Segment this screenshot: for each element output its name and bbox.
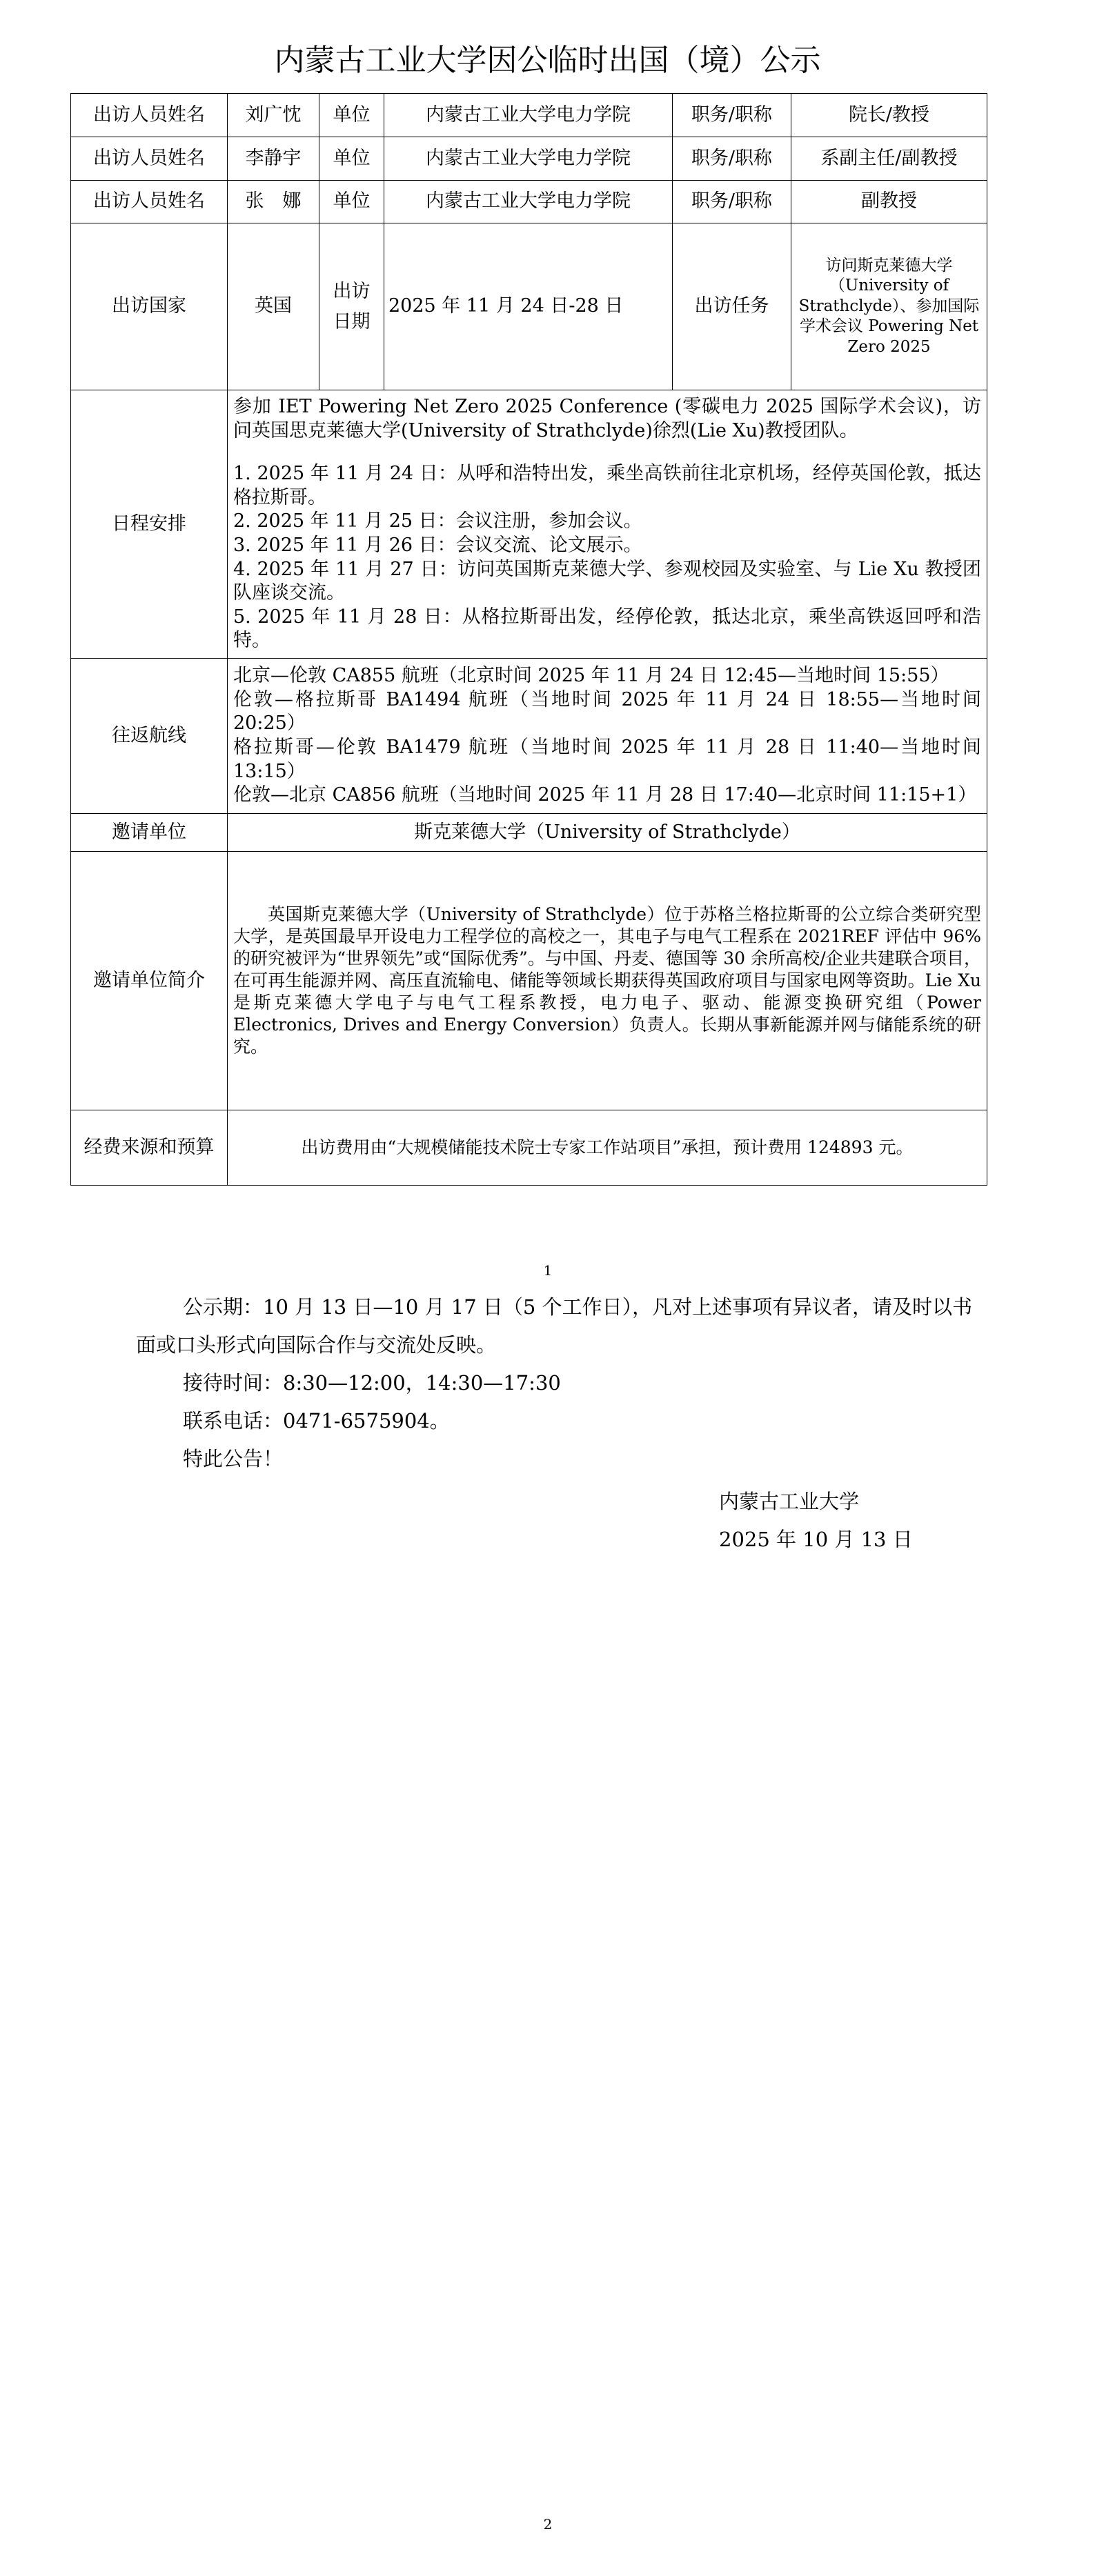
inviter-row: 邀请单位 斯克莱德大学（University of Strathclyde） bbox=[71, 814, 987, 852]
visitor-name: 李静宇 bbox=[228, 137, 319, 181]
position-value: 系副主任/副教授 bbox=[791, 137, 987, 181]
visitor-label: 出访人员姓名 bbox=[71, 94, 228, 137]
position-value: 院长/教授 bbox=[791, 94, 987, 137]
visitor-name: 张 娜 bbox=[228, 181, 319, 223]
visitor-row: 出访人员姓名 张 娜 单位 内蒙古工业大学电力学院 职务/职称 副教授 bbox=[71, 181, 987, 223]
publicity-table: 出访人员姓名 刘广忱 单位 内蒙古工业大学电力学院 职务/职称 院长/教授 出访… bbox=[70, 93, 987, 1186]
task-label: 出访任务 bbox=[673, 223, 791, 390]
visitor-name: 刘广忱 bbox=[228, 94, 319, 137]
unit-label: 单位 bbox=[319, 181, 384, 223]
schedule-item: 5. 2025 年 11 月 28 日：从格拉斯哥出发，经停伦敦，抵达北京，乘坐… bbox=[233, 606, 981, 653]
position-label: 职务/职称 bbox=[673, 94, 791, 137]
task-value: 访问斯克莱德大学（University of Strathclyde）、参加国际… bbox=[791, 223, 987, 390]
flight-item: 伦敦—格拉斯哥 BA1494 航班（当地时间 2025 年 11 月 24 日 … bbox=[233, 688, 981, 736]
signature-date: 2025 年 10 月 13 日 bbox=[719, 1521, 913, 1559]
unit-value: 内蒙古工业大学电力学院 bbox=[384, 94, 673, 137]
date-label: 出访日期 bbox=[319, 223, 384, 390]
intro-label: 邀请单位简介 bbox=[71, 852, 228, 1110]
budget-label: 经费来源和预算 bbox=[71, 1110, 228, 1186]
page-number: 1 bbox=[534, 1262, 562, 1279]
schedule-item: 3. 2025 年 11 月 26 日：会议交流、论文展示。 bbox=[233, 534, 981, 558]
unit-value: 内蒙古工业大学电力学院 bbox=[384, 137, 673, 181]
unit-label: 单位 bbox=[319, 137, 384, 181]
country-label: 出访国家 bbox=[71, 223, 228, 390]
flight-item: 伦敦—北京 CA856 航班（当地时间 2025 年 11 月 28 日 17:… bbox=[233, 783, 981, 808]
visitor-label: 出访人员姓名 bbox=[71, 137, 228, 181]
page-number: 2 bbox=[534, 2516, 562, 2533]
position-label: 职务/职称 bbox=[673, 137, 791, 181]
schedule-item: 2. 2025 年 11 月 25 日：会议注册，参加会议。 bbox=[233, 510, 981, 534]
position-value: 副教授 bbox=[791, 181, 987, 223]
notice-phone: 联系电话：0471-6575904。 bbox=[136, 1402, 978, 1440]
notice-reception: 接待时间：8:30—12:00，14:30—17:30 bbox=[136, 1364, 978, 1402]
flights-content: 北京—伦敦 CA855 航班（北京时间 2025 年 11 月 24 日 12:… bbox=[228, 659, 987, 814]
budget-value: 出访费用由“大规模储能技术院士专家工作站项目”承担，预计费用 124893 元。 bbox=[228, 1110, 987, 1186]
trip-row: 出访国家 英国 出访日期 2025 年 11 月 24 日-28 日 出访任务 … bbox=[71, 223, 987, 390]
flights-label: 往返航线 bbox=[71, 659, 228, 814]
schedule-item: 4. 2025 年 11 月 27 日：访问英国斯克莱德大学、参观校园及实验室、… bbox=[233, 558, 981, 606]
notice-period: 公示期：10 月 13 日—10 月 17 日（5 个工作日），凡对上述事项有异… bbox=[136, 1288, 978, 1364]
notice-closing: 特此公告！ bbox=[136, 1440, 978, 1478]
unit-label: 单位 bbox=[319, 94, 384, 137]
unit-value: 内蒙古工业大学电力学院 bbox=[384, 181, 673, 223]
country-value: 英国 bbox=[228, 223, 319, 390]
intro-row: 邀请单位简介 英国斯克莱德大学（University of Strathclyd… bbox=[71, 852, 987, 1110]
notice-block: 公示期：10 月 13 日—10 月 17 日（5 个工作日），凡对上述事项有异… bbox=[136, 1288, 978, 1478]
signature-block: 内蒙古工业大学 2025 年 10 月 13 日 bbox=[719, 1483, 913, 1559]
visitor-row: 出访人员姓名 李静宇 单位 内蒙古工业大学电力学院 职务/职称 系副主任/副教授 bbox=[71, 137, 987, 181]
schedule-item: 1. 2025 年 11 月 24 日：从呼和浩特出发，乘坐高铁前往北京机场，经… bbox=[233, 462, 981, 510]
signature-org: 内蒙古工业大学 bbox=[719, 1483, 913, 1521]
flight-item: 北京—伦敦 CA855 航班（北京时间 2025 年 11 月 24 日 12:… bbox=[233, 664, 981, 688]
date-value: 2025 年 11 月 24 日-28 日 bbox=[384, 223, 673, 390]
intro-content: 英国斯克莱德大学（University of Strathclyde）位于苏格兰… bbox=[228, 852, 987, 1110]
schedule-label: 日程安排 bbox=[71, 390, 228, 659]
flights-row: 往返航线 北京—伦敦 CA855 航班（北京时间 2025 年 11 月 24 … bbox=[71, 659, 987, 814]
schedule-row: 日程安排 参加 IET Powering Net Zero 2025 Confe… bbox=[71, 390, 987, 659]
document-title: 内蒙古工业大学因公临时出国（境）公示 bbox=[0, 40, 1095, 81]
visitor-label: 出访人员姓名 bbox=[71, 181, 228, 223]
flight-item: 格拉斯哥—伦敦 BA1479 航班（当地时间 2025 年 11 月 28 日 … bbox=[233, 736, 981, 783]
inviter-label: 邀请单位 bbox=[71, 814, 228, 852]
visitor-row: 出访人员姓名 刘广忱 单位 内蒙古工业大学电力学院 职务/职称 院长/教授 bbox=[71, 94, 987, 137]
budget-row: 经费来源和预算 出访费用由“大规模储能技术院士专家工作站项目”承担，预计费用 1… bbox=[71, 1110, 987, 1186]
schedule-content: 参加 IET Powering Net Zero 2025 Conference… bbox=[228, 390, 987, 659]
schedule-intro: 参加 IET Powering Net Zero 2025 Conference… bbox=[233, 395, 981, 443]
inviter-value: 斯克莱德大学（University of Strathclyde） bbox=[228, 814, 987, 852]
position-label: 职务/职称 bbox=[673, 181, 791, 223]
